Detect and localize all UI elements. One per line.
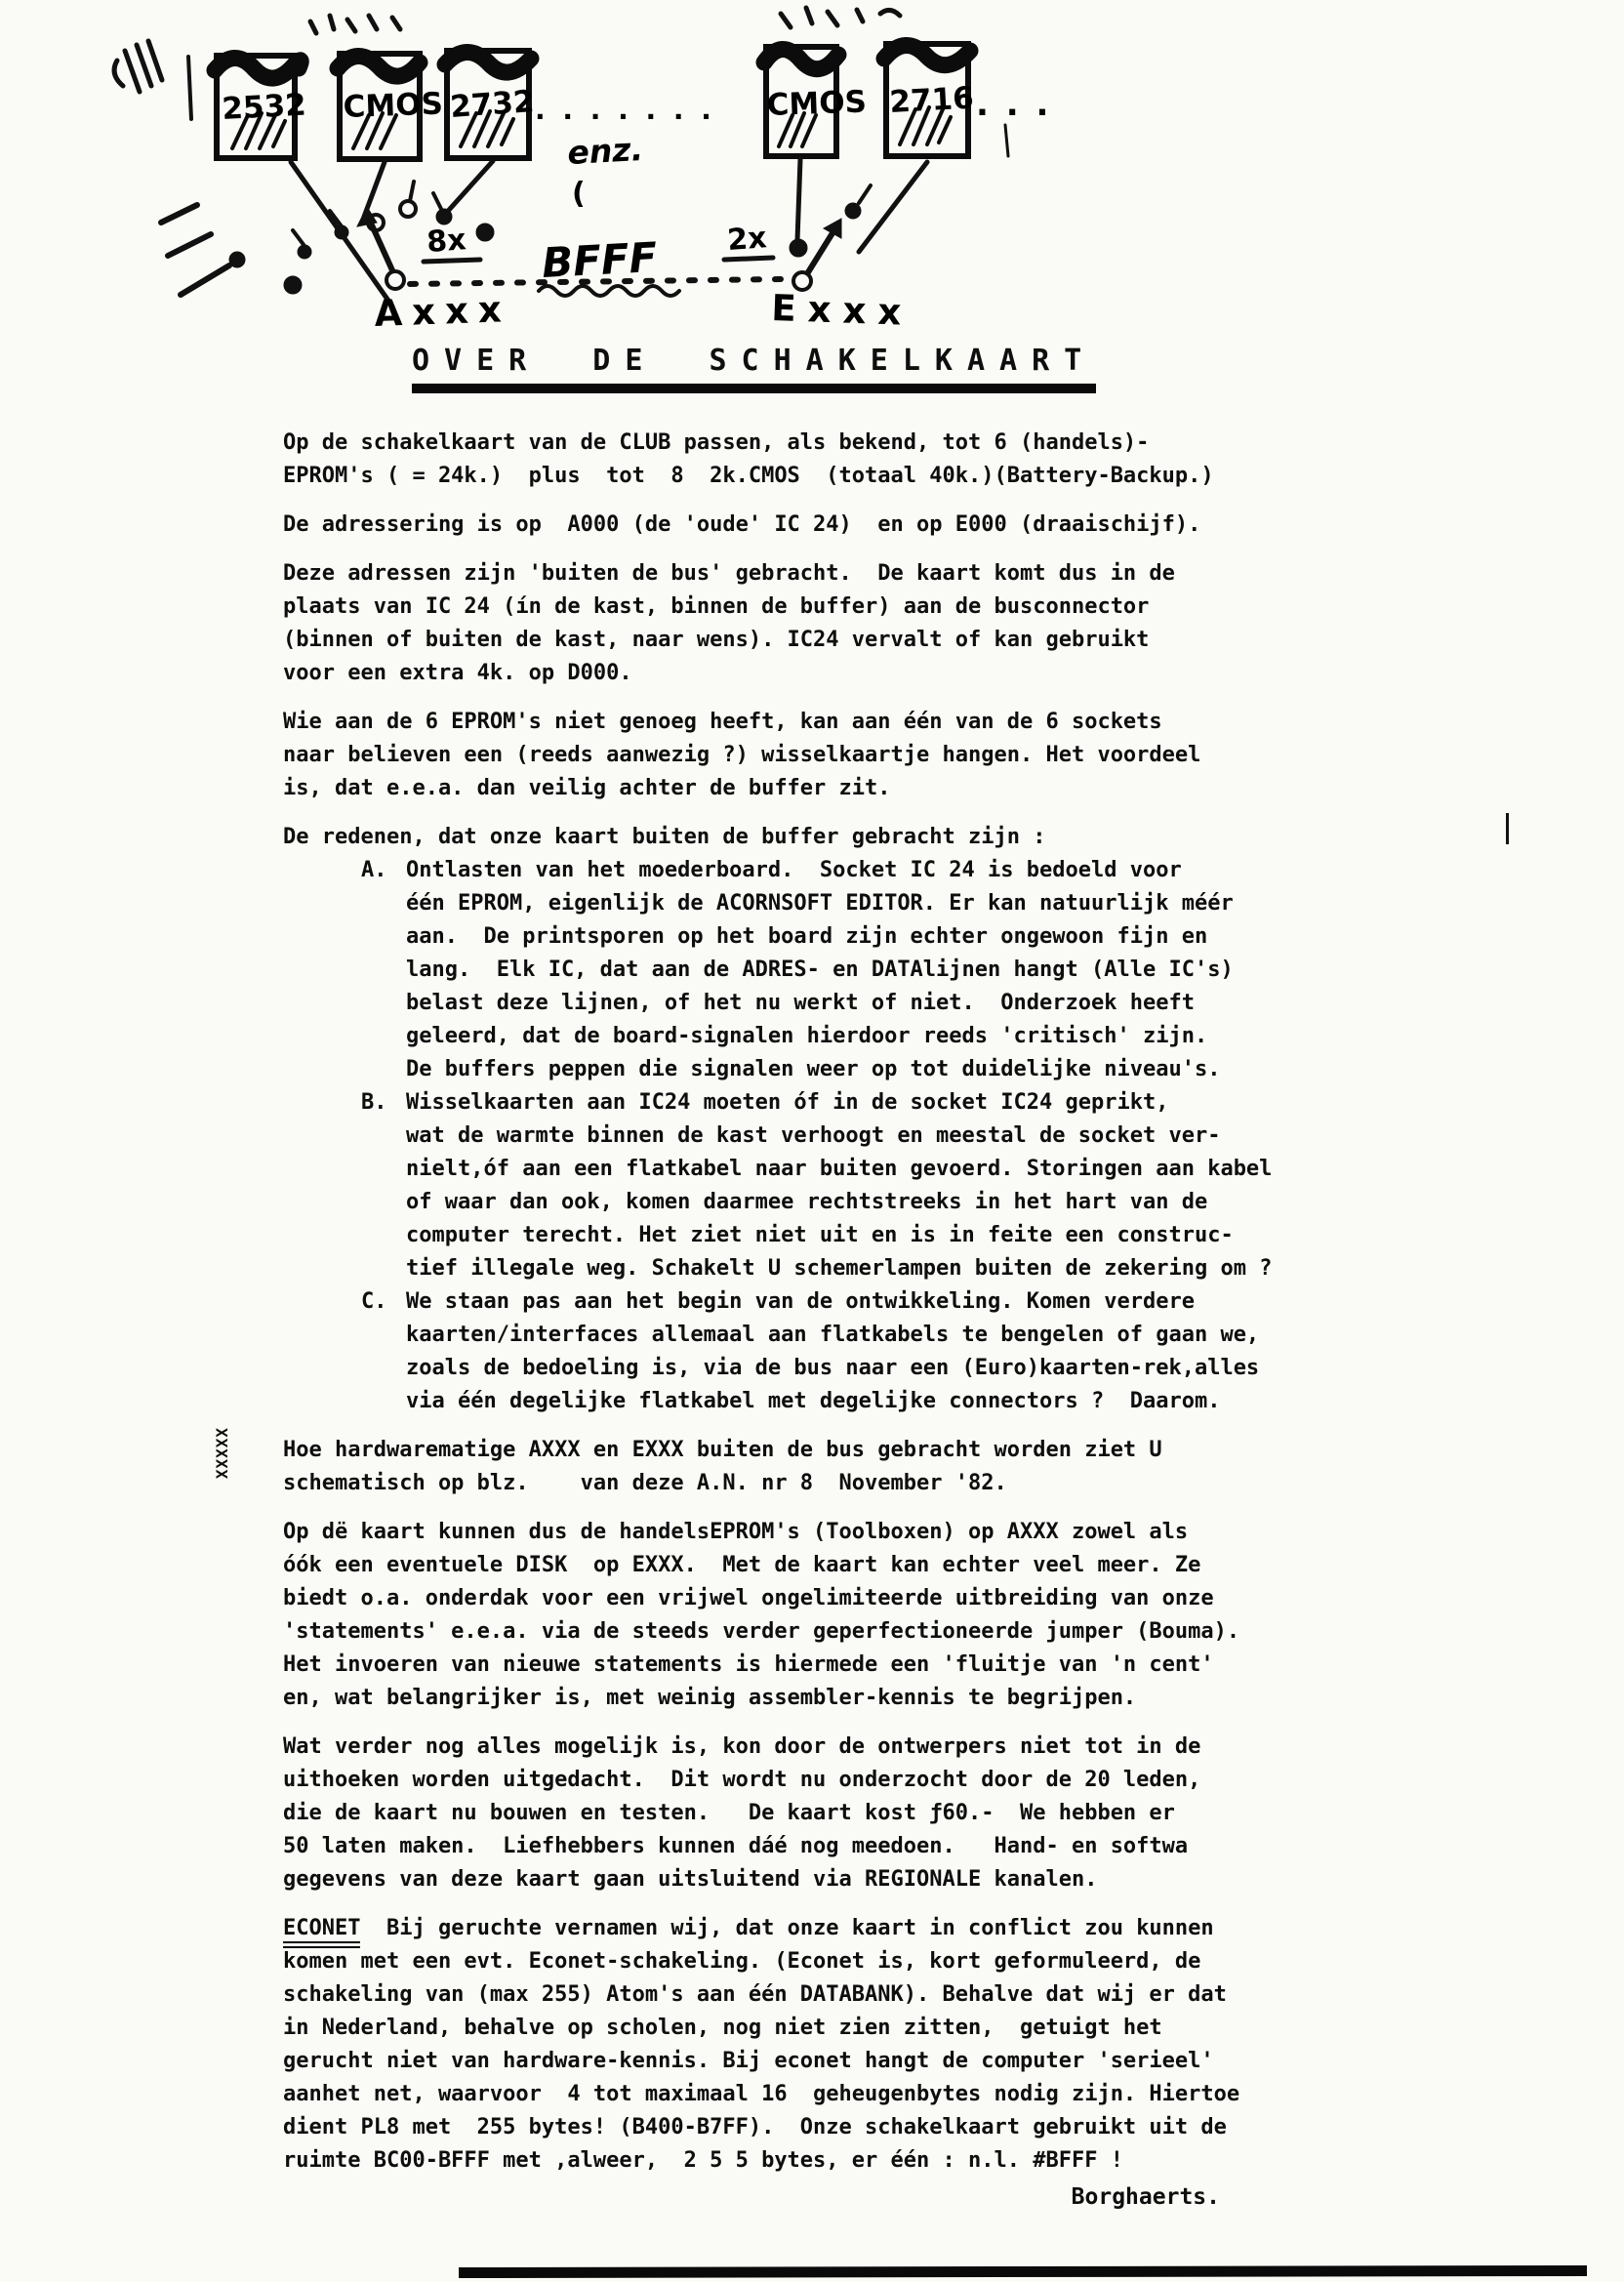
multiplier-left-underline (424, 260, 480, 262)
list-intro: De redenen, dat onze kaart buiten de buf… (283, 821, 1552, 854)
bus-label-underline (539, 286, 679, 296)
dotted-row: . . . . . . . (535, 94, 715, 126)
document-body: Op de schakelkaart van de CLUB passen, a… (283, 427, 1552, 2193)
econet-body: Bij geruchte vernamen wij, dat onze kaar… (283, 1916, 1239, 2173)
address-left-label: Axxx (374, 288, 512, 335)
title-wrap: OVER DE SCHAKELKAART (412, 344, 1096, 393)
eprom-diagram-svg: 2532 CMOS 2732 . . . . . (0, 0, 1624, 361)
chip-label-2732: 2732 (449, 84, 536, 125)
scanned-document-page: 2532 CMOS 2732 . . . . . (0, 0, 1624, 2282)
chip-box-2532: 2532 (215, 56, 307, 158)
chip-box-cmos-right: CMOS (764, 47, 867, 156)
e-arrow (808, 219, 841, 272)
a-junction-node (386, 271, 404, 289)
chip-box-cmos-left: CMOS (338, 54, 443, 159)
list-item-c-text: We staan pas aan het begin van de ontwik… (406, 1285, 1552, 1418)
chip-label-2532: 2532 (222, 88, 307, 127)
econet-heading: ECONET (283, 1916, 360, 1948)
list-item-c: C. We staan pas aan het begin van de ont… (361, 1285, 1552, 1418)
signature: Borghaerts. (283, 2184, 1542, 2210)
chip-box-2716: 2716 (884, 44, 975, 156)
address-right-label: Exxx (771, 287, 913, 334)
list-item-a: A. Ontlasten van het moederboard. Socket… (361, 854, 1552, 1086)
ellipsis-right: . . . (976, 85, 1051, 124)
list-item-a-text: Ontlasten van het moederboard. Socket IC… (406, 854, 1552, 1086)
eprom-diagram: 2532 CMOS 2732 . . . . . (0, 0, 1624, 361)
paren-mark: ( (572, 177, 586, 211)
bottom-scan-bar (459, 2265, 1587, 2278)
list-item-a-marker: A. (361, 854, 406, 1086)
page-title: OVER DE SCHAKELKAART (412, 344, 1096, 393)
left-strokes (161, 205, 229, 295)
multiplier-right-underline (724, 258, 773, 260)
paragraph-econet: ECONET Bij geruchte vernamen wij, dat on… (283, 1912, 1552, 2178)
paragraph-price: Wat verder nog alles mogelijk is, kon do… (283, 1731, 1552, 1896)
etc-label: enz. (566, 130, 644, 172)
chip-label-cmos-right: CMOS (766, 84, 867, 123)
list-item-b-marker: B. (361, 1086, 406, 1285)
paragraph-intro-capacity: Op de schakelkaart van de CLUB passen, a… (283, 427, 1552, 493)
corner-scribble (114, 41, 191, 119)
list-item-b: B. Wisselkaarten aan IC24 moeten óf in d… (361, 1086, 1552, 1285)
paragraph-addressing: De adressering is op A000 (de 'oude' IC … (283, 509, 1552, 542)
margin-note: XXXXX (213, 1427, 231, 1479)
reasons-list: A. Ontlasten van het moederboard. Socket… (361, 854, 1552, 1418)
paragraph-capabilities: Op dë kaart kunnen dus de handelsEPROM's… (283, 1516, 1552, 1715)
multiplier-left-label: 8x (426, 223, 467, 260)
chip-label-2716: 2716 (889, 81, 975, 120)
multiplier-right-label: 2x (726, 221, 768, 258)
bus-label: BFFF (541, 233, 659, 287)
list-item-b-text: Wisselkaarten aan IC24 moeten óf in de s… (406, 1086, 1552, 1285)
paragraph-bus: Deze adressen zijn 'buiten de bus' gebra… (283, 557, 1552, 690)
list-item-c-marker: C. (361, 1285, 406, 1418)
paragraph-wisselkaartje: Wie aan de 6 EPROM's niet genoeg heeft, … (283, 706, 1552, 805)
paragraph-schematic-ref: Hoe hardwarematige AXXX en EXXX buiten d… (283, 1434, 1552, 1500)
chip-box-2732: 2732 (445, 51, 536, 158)
chip-label-cmos-left: CMOS (343, 86, 443, 125)
